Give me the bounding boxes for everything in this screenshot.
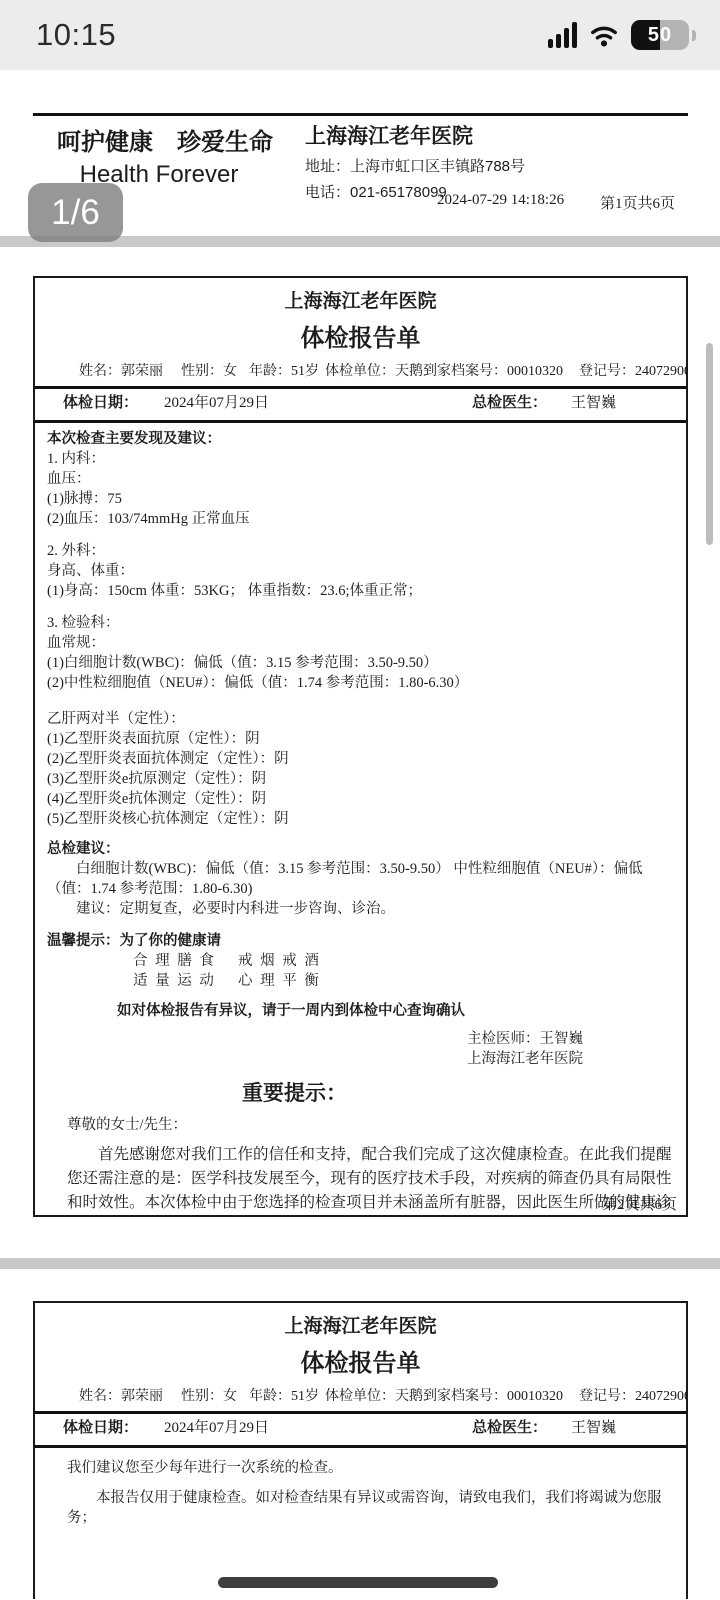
report-line: (2)中性粒细胞值（NEU#）：偏低（值：1.74 参考范围：1.80-6.30… — [47, 673, 672, 693]
report-title: 体检报告单 — [35, 318, 686, 353]
patient-info-row: 姓名：郭荣丽 性别：女 年龄：51岁 体检单位：天鹅到家 档案号：0001032… — [35, 1385, 686, 1405]
page-indicator-badge: 1/6 — [28, 183, 123, 242]
battery-icon: 50 — [631, 20, 689, 50]
report-card: 上海海江老年医院 体检报告单 姓名：郭荣丽 性别：女 年龄：51岁 体检单位：天… — [33, 1301, 688, 1599]
home-indicator[interactable] — [218, 1577, 498, 1588]
report-line: (2)血压：103/74mmHg 正常血压 — [47, 509, 672, 529]
chief-doctor-value: 王智巍 — [571, 391, 616, 412]
slogan-chinese: 呵护健康 珍爱生命 — [57, 122, 261, 157]
report-line: 首先感谢您对我们工作的信任和支持，配合我们完成了这次健康检查。在此我们提醒您还需… — [67, 1143, 672, 1217]
report-hospital: 上海海江老年医院 — [35, 286, 686, 313]
report-line: 合 理 膳 食 戒 烟 戒 酒 — [133, 951, 672, 971]
report-line: 我们建议您至少每年进行一次系统的检查。 — [67, 1458, 672, 1478]
patient-name: 姓名：郭荣丽 — [79, 1385, 163, 1405]
registration-number: 登记号：2407290025 — [579, 360, 686, 380]
report-line: (3)乙型肝炎e抗原测定（定性）：阴 — [47, 769, 672, 789]
signal-icon — [548, 22, 577, 48]
masthead-hospital-info: 上海海江老年医院 地址：上海市虹口区丰镇路788号 电话：021-6517809… — [305, 120, 525, 202]
report-line: 本次检查主要发现及建议： — [47, 429, 672, 449]
page1-footer-label: 第1页共6页 — [600, 192, 675, 213]
chief-doctor-label: 总检医生： — [472, 391, 547, 412]
report-line: 身高、体重： — [47, 561, 672, 581]
scrollbar-thumb[interactable] — [706, 343, 713, 545]
report-line: 温馨提示：为了你的健康请 — [47, 931, 672, 951]
report-line: 上海海江老年医院 — [47, 1049, 672, 1069]
report-line: 总检建议： — [47, 839, 672, 859]
wifi-icon — [588, 22, 620, 48]
report-line: (1)白细胞计数(WBC)：偏低（值：3.15 参考范围：3.50-9.50） — [47, 653, 672, 673]
patient-gender: 性别：女 — [181, 1385, 237, 1405]
exam-date-label: 体检日期： — [63, 1416, 138, 1437]
report-body: 本次检查主要发现及建议：1. 内科：血压：(1)脉搏：75(2)血压：103/7… — [35, 423, 686, 1217]
report-hospital: 上海海江老年医院 — [35, 1311, 686, 1338]
patient-info-row: 姓名：郭荣丽 性别：女 年龄：51岁 体检单位：天鹅到家 档案号：0001032… — [35, 360, 686, 380]
report-line: 主检医师：王智巍 — [47, 1029, 672, 1049]
report-line: 建议：定期复查，必要时内科进一步咨询、诊治。 — [47, 899, 672, 919]
pdf-viewer[interactable]: 呵护健康 珍爱生命 Health Forever 上海海江老年医院 地址：上海市… — [0, 70, 720, 1600]
report-line: 尊敬的女士/先生： — [67, 1115, 672, 1135]
masthead-rule — [33, 113, 688, 116]
report-title: 体检报告单 — [35, 1343, 686, 1378]
exam-date-value: 2024年07月29日 — [164, 391, 269, 412]
exam-date-label: 体检日期： — [63, 391, 138, 412]
report-line: 白细胞计数(WBC)：偏低（值：3.15 参考范围：3.50-9.50） 中性粒… — [47, 859, 672, 899]
exam-date-value: 2024年07月29日 — [164, 1416, 269, 1437]
file-number: 档案号：00010320 — [451, 360, 563, 380]
file-number: 档案号：00010320 — [451, 1385, 563, 1405]
pdf-page-3: 上海海江老年医院 体检报告单 姓名：郭荣丽 性别：女 年龄：51岁 体检单位：天… — [0, 1269, 720, 1599]
status-icons: 50 — [548, 20, 696, 50]
exam-date-row: 体检日期： 2024年07月29日 总检医生： 王智巍 — [35, 389, 686, 414]
patient-gender: 性别：女 — [181, 360, 237, 380]
report-line: 3. 检验科： — [47, 613, 672, 633]
pdf-page-1: 呵护健康 珍爱生命 Health Forever 上海海江老年医院 地址：上海市… — [0, 70, 720, 236]
report-line: (1)身高：150cm 体重：53KG； 体重指数：23.6;体重正常； — [47, 581, 672, 601]
exam-date-row: 体检日期： 2024年07月29日 总检医生： 王智巍 — [35, 1414, 686, 1439]
battery-nub — [692, 30, 696, 41]
chief-doctor-value: 王智巍 — [571, 1416, 616, 1437]
report-body: 我们建议您至少每年进行一次系统的检查。本报告仅用于健康检查。如对检查结果有异议或… — [35, 1448, 686, 1528]
patient-unit: 体检单位：天鹅到家 — [325, 1385, 451, 1405]
phone-screen: 10:15 50 呵护健康 珍爱生命 Health Forever — [0, 0, 720, 1600]
status-bar: 10:15 50 — [0, 0, 720, 70]
report-line: 重要提示： — [242, 1079, 672, 1109]
registration-number: 登记号：2407290025 — [579, 1385, 686, 1405]
report-line: 适 量 运 动 心 理 平 衡 — [133, 971, 672, 991]
report-card: 上海海江老年医院 体检报告单 姓名：郭荣丽 性别：女 年龄：51岁 体检单位：天… — [33, 276, 688, 1217]
patient-unit: 体检单位：天鹅到家 — [325, 360, 451, 380]
report-line: (1)脉搏：75 — [47, 489, 672, 509]
page2-footer-label: 第2页共6页 — [602, 1193, 677, 1214]
masthead-slogan: 呵护健康 珍爱生命 Health Forever — [57, 122, 261, 189]
pdf-page-2: 上海海江老年医院 体检报告单 姓名：郭荣丽 性别：女 年龄：51岁 体检单位：天… — [0, 247, 720, 1258]
report-line: 血压： — [47, 469, 672, 489]
hospital-address: 地址：上海市虹口区丰镇路788号 — [305, 155, 525, 176]
report-line: 乙肝两对半（定性）： — [47, 709, 672, 729]
report-line: (4)乙型肝炎e抗体测定（定性）：阴 — [47, 789, 672, 809]
patient-age: 年龄：51岁 — [249, 1385, 319, 1405]
status-time: 10:15 — [36, 17, 116, 53]
patient-age: 年龄：51岁 — [249, 360, 319, 380]
report-line: 本报告仅用于健康检查。如对检查结果有异议或需咨询，请致电我们，我们将竭诚为您服务… — [67, 1488, 672, 1528]
report-line: 血常规： — [47, 633, 672, 653]
page-separator — [0, 1258, 720, 1269]
print-timestamp: 2024-07-29 14:18:26 — [437, 192, 564, 209]
report-line: 2. 外科： — [47, 541, 672, 561]
report-line: 1. 内科： — [47, 449, 672, 469]
hospital-name: 上海海江老年医院 — [305, 120, 525, 150]
chief-doctor-label: 总检医生： — [472, 1416, 547, 1437]
report-line: (2)乙型肝炎表面抗体测定（定性）：阴 — [47, 749, 672, 769]
battery-percent: 50 — [631, 20, 689, 50]
report-line: 如对体检报告有异议，请于一周内到体检中心查询确认 — [117, 1001, 672, 1021]
report-line: (1)乙型肝炎表面抗原（定性）：阴 — [47, 729, 672, 749]
report-line: (5)乙型肝炎核心抗体测定（定性）：阴 — [47, 809, 672, 829]
patient-name: 姓名：郭荣丽 — [79, 360, 163, 380]
